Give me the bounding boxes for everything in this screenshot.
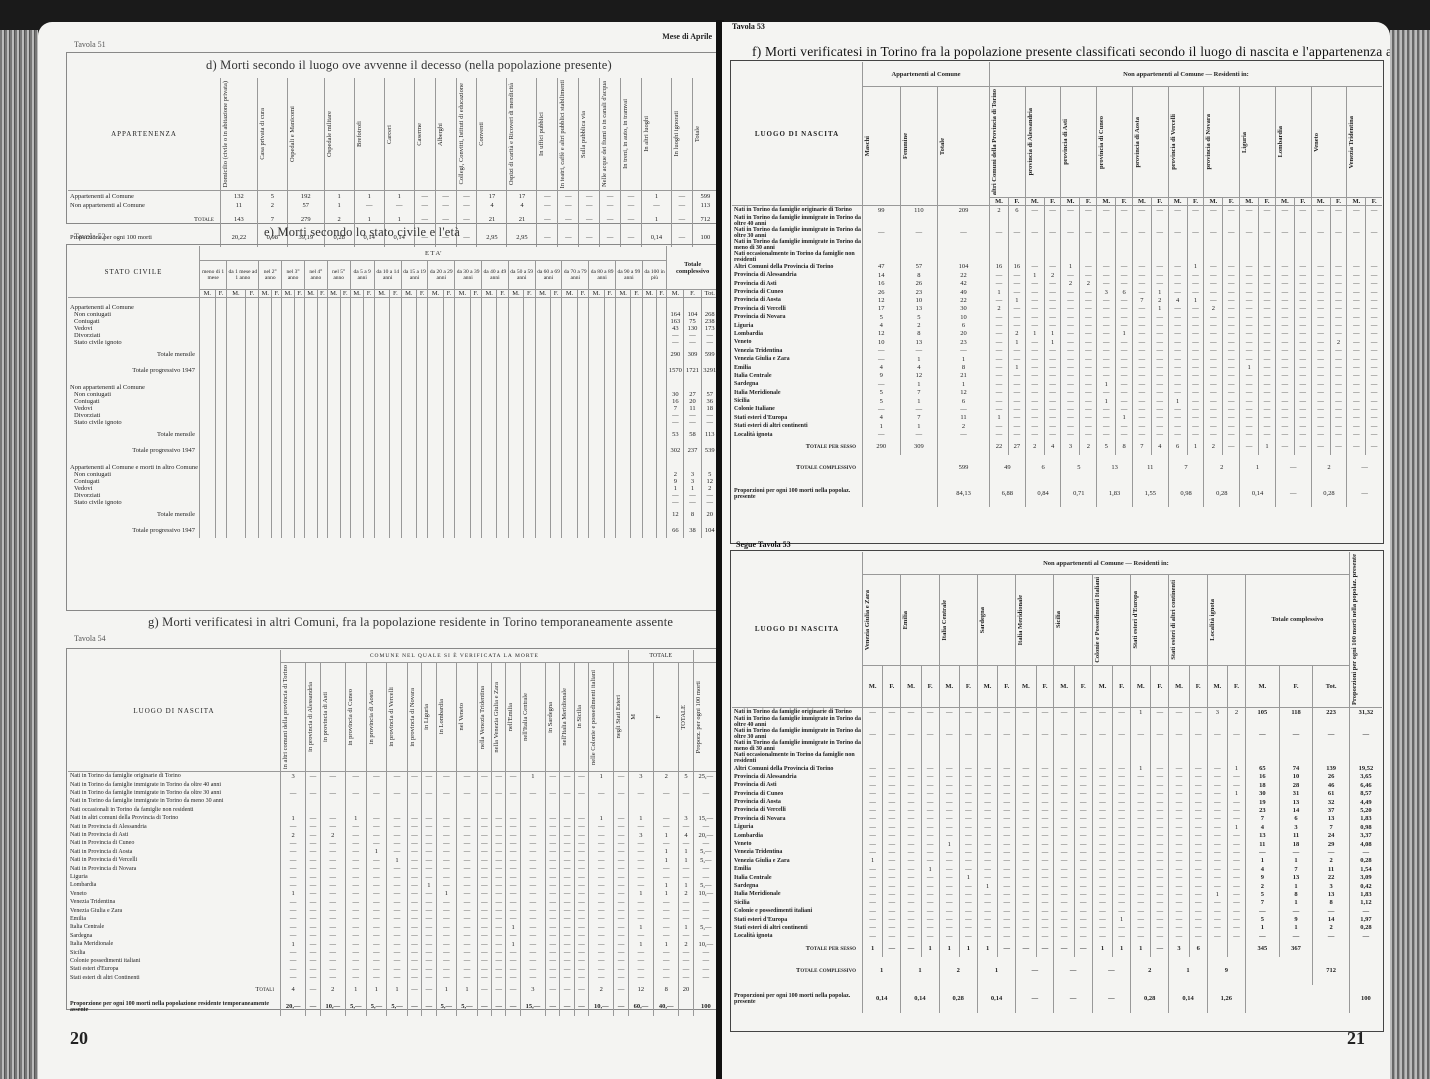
res-cell: —: [1113, 728, 1131, 740]
app-cell: 22: [938, 271, 990, 279]
age-cell: [318, 325, 328, 332]
table-row: Provincia di Vercelli———————————————————…: [732, 806, 1382, 814]
age-cell: [364, 398, 374, 405]
table-cell: [693, 797, 718, 805]
age-cell: [295, 419, 305, 426]
res-cell: —: [1008, 288, 1025, 296]
res-cell: —: [998, 840, 1016, 848]
res-cell: —: [1061, 430, 1080, 438]
age-cell: [416, 311, 427, 318]
table-cell: —: [477, 873, 491, 881]
age-cell: [656, 339, 666, 346]
table-cell: —: [407, 974, 421, 982]
empty-cell: [245, 378, 259, 391]
table-cell: —: [537, 191, 558, 201]
age-cell: [340, 506, 350, 522]
age-cell: [656, 362, 666, 378]
age-cell: [577, 485, 588, 492]
table-cell: —: [546, 839, 560, 847]
res-cell: —: [1330, 227, 1347, 239]
res-cell: —: [1008, 271, 1025, 279]
table-cell: —: [422, 940, 436, 948]
res-cell: 1: [1113, 915, 1131, 923]
age-cell: [259, 471, 272, 478]
row-label: Nati in Provincia di Asti: [68, 831, 281, 839]
res-cell: —: [1036, 899, 1054, 907]
table-row: Veneto1———————1——————————11210,—: [68, 890, 718, 898]
table-row: Altri Comuni della Provincia di Torino——…: [732, 764, 1382, 772]
age-cell: [589, 506, 604, 522]
age-cell: [272, 478, 282, 485]
table-cell: —: [589, 873, 614, 881]
row-label: Italia Meridionale: [68, 940, 281, 948]
table-row: Nati in Torino da famiglie originarie di…: [732, 707, 1382, 716]
res-cell: —: [1151, 798, 1169, 806]
column-header: Domicilio (civile o in abitazione privat…: [221, 78, 258, 191]
age-cell: [340, 332, 350, 339]
table-cell: —: [457, 948, 478, 956]
res-cell: —: [1275, 414, 1294, 422]
res-cell: —: [1061, 397, 1080, 405]
res-cell: —: [1189, 773, 1207, 781]
res-cell: —: [1240, 430, 1259, 438]
res-cell: —: [883, 840, 901, 848]
res-cell: —: [1016, 882, 1036, 890]
column-header-text: In uffici pubblici: [538, 110, 545, 158]
res-cell: [1366, 251, 1382, 263]
row-label: Nati in Torino da famiglie immigrate in …: [732, 215, 863, 227]
tot-cell: 18: [1245, 781, 1279, 789]
age-cell: [401, 325, 416, 332]
res-cell: —: [977, 840, 997, 848]
empty-cell: [1349, 941, 1382, 957]
column-header-text: provincia di Cuneo: [1098, 114, 1105, 171]
age-cell: [524, 485, 535, 492]
age-cell: [272, 522, 282, 538]
age-cell: [455, 391, 470, 398]
app-cell: 21: [938, 372, 990, 380]
age-cell: [550, 499, 561, 506]
column-header: negli Stati Esteri: [614, 663, 628, 772]
res-cell: —: [883, 873, 901, 881]
age-cell: [455, 419, 470, 426]
age-cell: [259, 311, 272, 318]
age-cell: [550, 391, 561, 398]
res-cell: —: [921, 764, 939, 772]
sex-f-header: F.: [416, 290, 427, 298]
age-cell: [656, 442, 666, 458]
res-cell: —: [1080, 414, 1097, 422]
res-cell: —: [1036, 848, 1054, 856]
age-cell: [282, 332, 295, 339]
table-row: Nati in Torino da famiglie immigrate in …: [732, 227, 1382, 239]
table-cell: —: [492, 856, 506, 864]
table-cell: —: [414, 191, 435, 201]
res-cell: —: [1097, 279, 1116, 287]
table-cell: 1: [641, 191, 671, 201]
column-header: Località ignota: [1207, 575, 1245, 666]
table-cell: —: [407, 940, 421, 948]
table-cell: —: [477, 814, 491, 822]
row-label: Nati occasionalmente in Torino da famigl…: [732, 752, 863, 764]
age-cell: [562, 405, 577, 412]
column-header-text: Stati esteri di altri continenti: [1170, 578, 1177, 662]
table-cell: —: [387, 848, 408, 856]
table-cell: —: [579, 201, 600, 211]
age-cell: [259, 492, 272, 499]
proporzione-cell: 0,98: [1168, 481, 1204, 507]
totali-cell: 1: [457, 982, 478, 998]
row-label: Sardegna: [68, 932, 281, 940]
age-cell: [631, 471, 642, 478]
res-cell: —: [1080, 363, 1097, 371]
res-cell: —: [1189, 890, 1207, 898]
row-label: Provincia di Vercelli: [732, 806, 863, 814]
app-cell: 99: [863, 206, 901, 215]
proporzione-cell: 0,28: [1204, 481, 1240, 507]
age-cell: [200, 471, 216, 478]
res-cell: —: [1330, 422, 1347, 430]
age-cell: [272, 325, 282, 332]
age-cell: [272, 492, 282, 499]
table-cell: —: [281, 957, 306, 965]
res-cell: —: [1240, 206, 1259, 215]
age-cell: [245, 332, 259, 339]
res-cell: —: [939, 857, 959, 865]
age-cell: [577, 346, 588, 362]
age-cell: [364, 362, 374, 378]
totale-cell: 7: [1132, 439, 1151, 455]
empty-cell: [282, 378, 295, 391]
res-cell: —: [1275, 422, 1294, 430]
age-cell: [390, 325, 401, 332]
table-cell: [574, 806, 588, 814]
res-cell: —: [1259, 405, 1276, 413]
res-cell: —: [1074, 773, 1092, 781]
res-cell: —: [1097, 372, 1116, 380]
res-cell: —: [1294, 397, 1311, 405]
res-cell: —: [1131, 907, 1151, 915]
tot-cell: 8: [1313, 899, 1349, 907]
res-cell: [998, 740, 1016, 752]
age-cell: [615, 325, 630, 332]
table-cell: —: [320, 864, 345, 872]
table-cell: —: [387, 890, 408, 898]
table-cell: —: [546, 898, 560, 906]
age-cell: [350, 478, 364, 485]
table-cell: —: [614, 957, 628, 965]
res-cell: —: [1240, 422, 1259, 430]
res-cell: —: [901, 764, 921, 772]
res-cell: —: [1113, 707, 1131, 716]
age-cell: [642, 471, 656, 478]
age-cell: [401, 492, 416, 499]
age-cell: [340, 492, 350, 499]
age-cell: [550, 318, 561, 325]
age-cell: [455, 318, 470, 325]
res-cell: —: [1366, 288, 1382, 296]
app-cell: 13: [900, 338, 938, 346]
column-header: in provincia di Vercelli: [387, 663, 408, 772]
column-header: provincia di Alessandria: [1025, 87, 1061, 198]
table-cell: —: [574, 948, 588, 956]
table-cell: —: [492, 831, 506, 839]
prop-cell: 1,12: [1349, 899, 1382, 907]
total-cell: 104: [684, 311, 701, 318]
res-cell: —: [1131, 865, 1151, 873]
age-cell: [318, 318, 328, 325]
res-cell: —: [1151, 831, 1169, 839]
age-cell: [327, 522, 340, 538]
table-cell: —: [628, 789, 653, 797]
table-cell: —: [546, 848, 560, 856]
age-cell: [562, 311, 577, 318]
res-cell: —: [1311, 330, 1330, 338]
res-cell: —: [1207, 840, 1227, 848]
age-cell: [631, 398, 642, 405]
age-cell: [272, 442, 282, 458]
table-row: Nati in Torino da famiglie immigrate in …: [732, 728, 1382, 740]
age-cell: [631, 339, 642, 346]
app-cell: —: [863, 405, 901, 413]
row-label: Venezia Giulia e Zara: [732, 857, 863, 865]
age-cell: [350, 485, 364, 492]
age-cell: [245, 339, 259, 346]
table-cell: —: [492, 898, 506, 906]
total-cell: —: [667, 499, 684, 506]
res-cell: —: [1347, 313, 1366, 321]
totali-cell: —: [506, 982, 520, 998]
table-cell: —: [477, 915, 491, 923]
total-cell: —: [667, 492, 684, 499]
res-cell: —: [1168, 430, 1187, 438]
table-cell: —: [614, 906, 628, 914]
age-cell: [470, 325, 481, 332]
proporzione-cell: —: [1347, 481, 1382, 507]
res-cell: —: [1187, 380, 1204, 388]
table-cell: [520, 797, 545, 805]
table-cell: —: [506, 890, 520, 898]
age-cell: [656, 492, 666, 499]
table-cell: —: [641, 201, 671, 211]
res-cell: —: [883, 728, 901, 740]
age-cell: [272, 506, 282, 522]
totali-cell: 1: [345, 982, 366, 998]
table-cell: —: [614, 839, 628, 847]
res-cell: —: [1223, 305, 1240, 313]
res-cell: —: [1240, 305, 1259, 313]
empty-cell: [631, 298, 642, 312]
row-label: Provincia di Alessandria: [732, 773, 863, 781]
table-cell: —: [520, 932, 545, 940]
res-cell: —: [1061, 422, 1080, 430]
res-cell: —: [1080, 296, 1097, 304]
table-row: Coniugati9312: [68, 478, 718, 485]
table-cell: —: [520, 839, 545, 847]
tot-cell: 2: [1245, 882, 1279, 890]
table-cell: —: [574, 873, 588, 881]
totale-cell: —: [1036, 941, 1054, 957]
app-cell: —: [938, 430, 990, 438]
res-cell: 2: [990, 206, 1009, 215]
column-group-comune: COMUNE NEL QUALE SI È VERIFICATA LA MORT…: [281, 650, 629, 663]
empty-cell: [481, 378, 496, 391]
res-cell: [1061, 239, 1080, 251]
age-cell: [282, 522, 295, 538]
res-cell: —: [1151, 823, 1169, 831]
res-cell: [990, 239, 1009, 251]
totali-cell: —: [422, 982, 436, 998]
totale-cell: 1: [1113, 941, 1131, 957]
age-cell: [642, 492, 656, 499]
res-cell: —: [1204, 405, 1223, 413]
table-cell: —: [574, 965, 588, 973]
age-cell: [428, 419, 443, 426]
table-cell: —: [477, 822, 491, 830]
age-cell: [443, 398, 454, 405]
res-cell: 1: [1025, 330, 1044, 338]
age-cell: [272, 405, 282, 412]
proporzione-cell: 0,71: [1061, 481, 1097, 507]
age-cell: [428, 405, 443, 412]
age-cell: [615, 398, 630, 405]
age-cell: [416, 478, 427, 485]
age-cell: [259, 442, 272, 458]
res-cell: —: [1151, 355, 1168, 363]
table-cell: —: [457, 873, 478, 881]
empty-cell: [497, 458, 508, 471]
table-row: Italia Centrale————————————1——————1—15,—: [68, 923, 718, 931]
proporzione-cell: —: [492, 998, 506, 1016]
row-label: Liguria: [732, 321, 863, 329]
res-cell: —: [1187, 321, 1204, 329]
res-cell: —: [1223, 405, 1240, 413]
res-cell: —: [1036, 806, 1054, 814]
total-cell: —: [684, 492, 701, 499]
res-cell: —: [1240, 263, 1259, 271]
table-cell: —: [520, 890, 545, 898]
table-cell: —: [560, 772, 574, 781]
total-cell: 1: [684, 485, 701, 492]
res-cell: —: [1311, 206, 1330, 215]
age-cell: [374, 346, 389, 362]
age-cell: [455, 478, 470, 485]
table-cell: —: [281, 864, 306, 872]
res-cell: —: [1061, 271, 1080, 279]
res-cell: [1294, 251, 1311, 263]
proporzione-cell: —: [546, 998, 560, 1016]
age-cell: [340, 485, 350, 492]
age-cell: [481, 499, 496, 506]
res-cell: —: [883, 882, 901, 890]
proporzione-cell: 5,—: [387, 998, 408, 1016]
tavola-54-label: Tavola 54: [74, 634, 106, 643]
res-cell: —: [1347, 389, 1366, 397]
table-cell: —: [387, 915, 408, 923]
table-cell: —: [366, 873, 387, 881]
res-cell: —: [1116, 271, 1133, 279]
age-cell: [562, 332, 577, 339]
totale-complessivo-cell: —: [1016, 957, 1054, 985]
age-cell: [642, 499, 656, 506]
res-cell: —: [883, 915, 901, 923]
res-cell: —: [1113, 882, 1131, 890]
proporzione-cell: 5,—: [345, 998, 366, 1016]
age-cell: [470, 332, 481, 339]
res-cell: —: [1275, 397, 1294, 405]
age-cell: [577, 398, 588, 405]
res-cell: —: [1036, 890, 1054, 898]
res-cell: —: [1347, 330, 1366, 338]
res-cell: —: [1025, 422, 1044, 430]
res-cell: —: [959, 907, 977, 915]
res-cell: —: [1097, 338, 1116, 346]
sex-f-header: F.: [1279, 665, 1313, 707]
column-header-text: nel Veneto: [458, 701, 465, 733]
table-cell: —: [492, 848, 506, 856]
res-cell: —: [1204, 288, 1223, 296]
age-cell: [562, 346, 577, 362]
table-cell: —: [436, 957, 457, 965]
table-cell: 1: [324, 201, 354, 211]
age-cell: [227, 346, 245, 362]
table-cell: [492, 797, 506, 805]
age-cell: [304, 471, 317, 478]
res-cell: [1366, 239, 1382, 251]
age-cell: [416, 339, 427, 346]
app-cell: —: [863, 355, 901, 363]
prop-cell: 1,97: [1349, 915, 1382, 923]
res-cell: —: [1113, 857, 1131, 865]
table-cell: 5,—: [693, 881, 718, 889]
tot-cell: 65: [1245, 764, 1279, 772]
res-cell: —: [1016, 707, 1036, 716]
age-cell: [631, 492, 642, 499]
age-cell: [390, 332, 401, 339]
table-cell: —: [492, 965, 506, 973]
res-cell: —: [1294, 279, 1311, 287]
totale-cell: —: [1151, 941, 1169, 957]
prop-cell: 4,49: [1349, 798, 1382, 806]
table-cell: [407, 781, 421, 789]
totale-complessivo-cell: 1: [1169, 957, 1207, 985]
age-cell: [443, 405, 454, 412]
age-cell: [656, 499, 666, 506]
tot-cell: [1279, 716, 1313, 728]
sex-m-header: M.: [304, 290, 317, 298]
age-cell: [455, 398, 470, 405]
res-cell: —: [1259, 422, 1276, 430]
res-cell: —: [998, 798, 1016, 806]
sex-f-header: F.: [1366, 198, 1382, 206]
age-cell: [455, 405, 470, 412]
res-cell: —: [1080, 263, 1097, 271]
table-cell: —: [628, 932, 653, 940]
totale-complessivo-label: Totale complessivo: [732, 455, 863, 481]
column-header-text: F: [655, 713, 662, 721]
totale-cell: —: [1074, 941, 1092, 957]
totali-cell: 2: [320, 982, 345, 998]
table-row: Lombardia12820—211———1——————————————: [732, 330, 1382, 338]
table-cell: —: [506, 831, 520, 839]
res-cell: [1275, 239, 1294, 251]
res-cell: —: [959, 806, 977, 814]
res-cell: —: [977, 815, 997, 823]
table-cell: —: [477, 856, 491, 864]
table-cell: —: [387, 839, 408, 847]
row-label: Nati occasionalmente in Torino da famigl…: [732, 251, 863, 263]
table-cell: —: [693, 839, 718, 847]
